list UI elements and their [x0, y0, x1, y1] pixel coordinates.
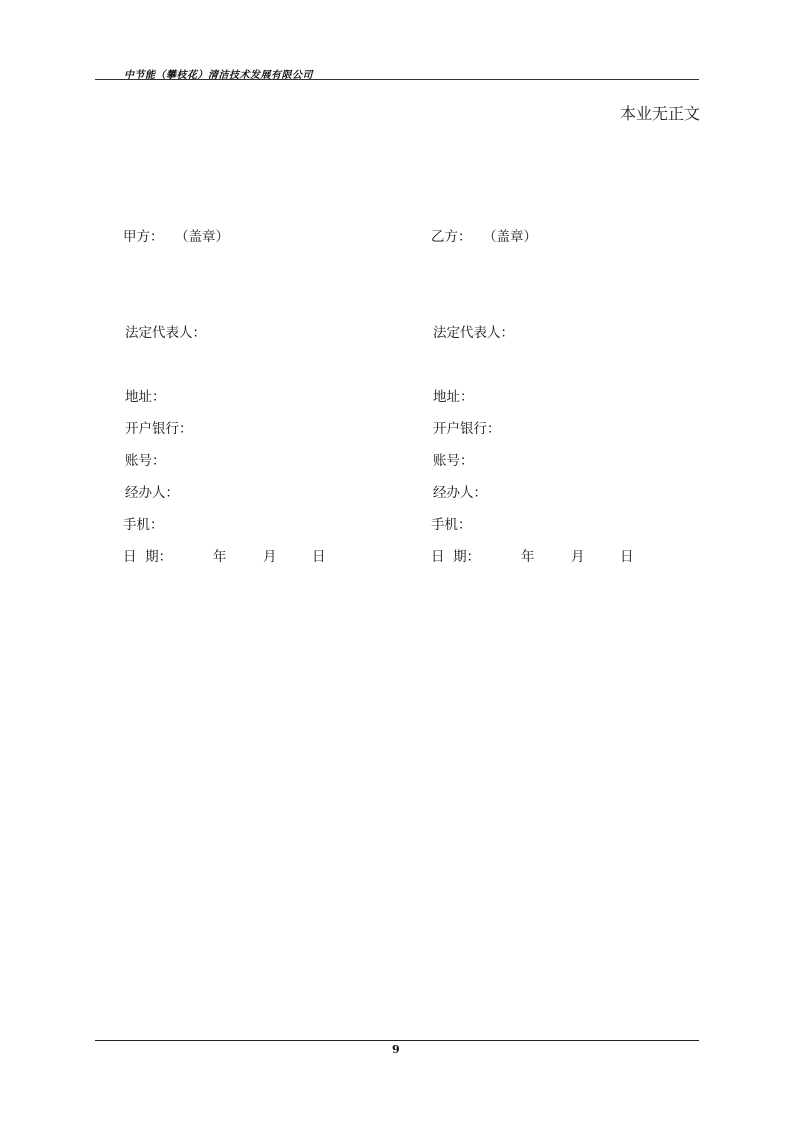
party-a-bank-label: 开户银行： [125, 417, 193, 437]
party-b-handler-label: 经办人： [433, 481, 487, 501]
party-b-date-label: 日 期： [431, 545, 480, 565]
party-a-phone-label: 手机： [123, 513, 164, 533]
party-b-date-day: 日 [620, 545, 634, 565]
party-a-seal: （盖章） [175, 225, 229, 245]
party-a-date-month: 月 [263, 545, 277, 565]
party-b-title: 乙方： [431, 225, 472, 245]
party-b-seal: （盖章） [483, 225, 537, 245]
party-a-address-label: 地址： [125, 385, 166, 405]
party-a-title: 甲方： [123, 225, 164, 245]
page-number: 9 [392, 1043, 400, 1056]
footer-divider [95, 1040, 699, 1041]
party-b-bank-label: 开户银行： [433, 417, 501, 437]
party-a-handler-label: 经办人： [125, 481, 179, 501]
party-a-account-label: 账号： [125, 449, 166, 469]
page-notice: 本业无正文 [620, 101, 700, 124]
party-b-address-label: 地址： [433, 385, 474, 405]
party-b-date-year: 年 [521, 545, 535, 565]
party-a-legal-rep-label: 法定代表人： [125, 321, 206, 341]
party-b-phone-label: 手机： [431, 513, 472, 533]
party-b-account-label: 账号： [433, 449, 474, 469]
header-divider [95, 79, 699, 80]
party-b-legal-rep-label: 法定代表人： [433, 321, 514, 341]
party-a-date-label: 日 期： [123, 545, 172, 565]
party-b-date-month: 月 [571, 545, 585, 565]
party-a-date-year: 年 [213, 545, 227, 565]
party-a-date-day: 日 [312, 545, 326, 565]
